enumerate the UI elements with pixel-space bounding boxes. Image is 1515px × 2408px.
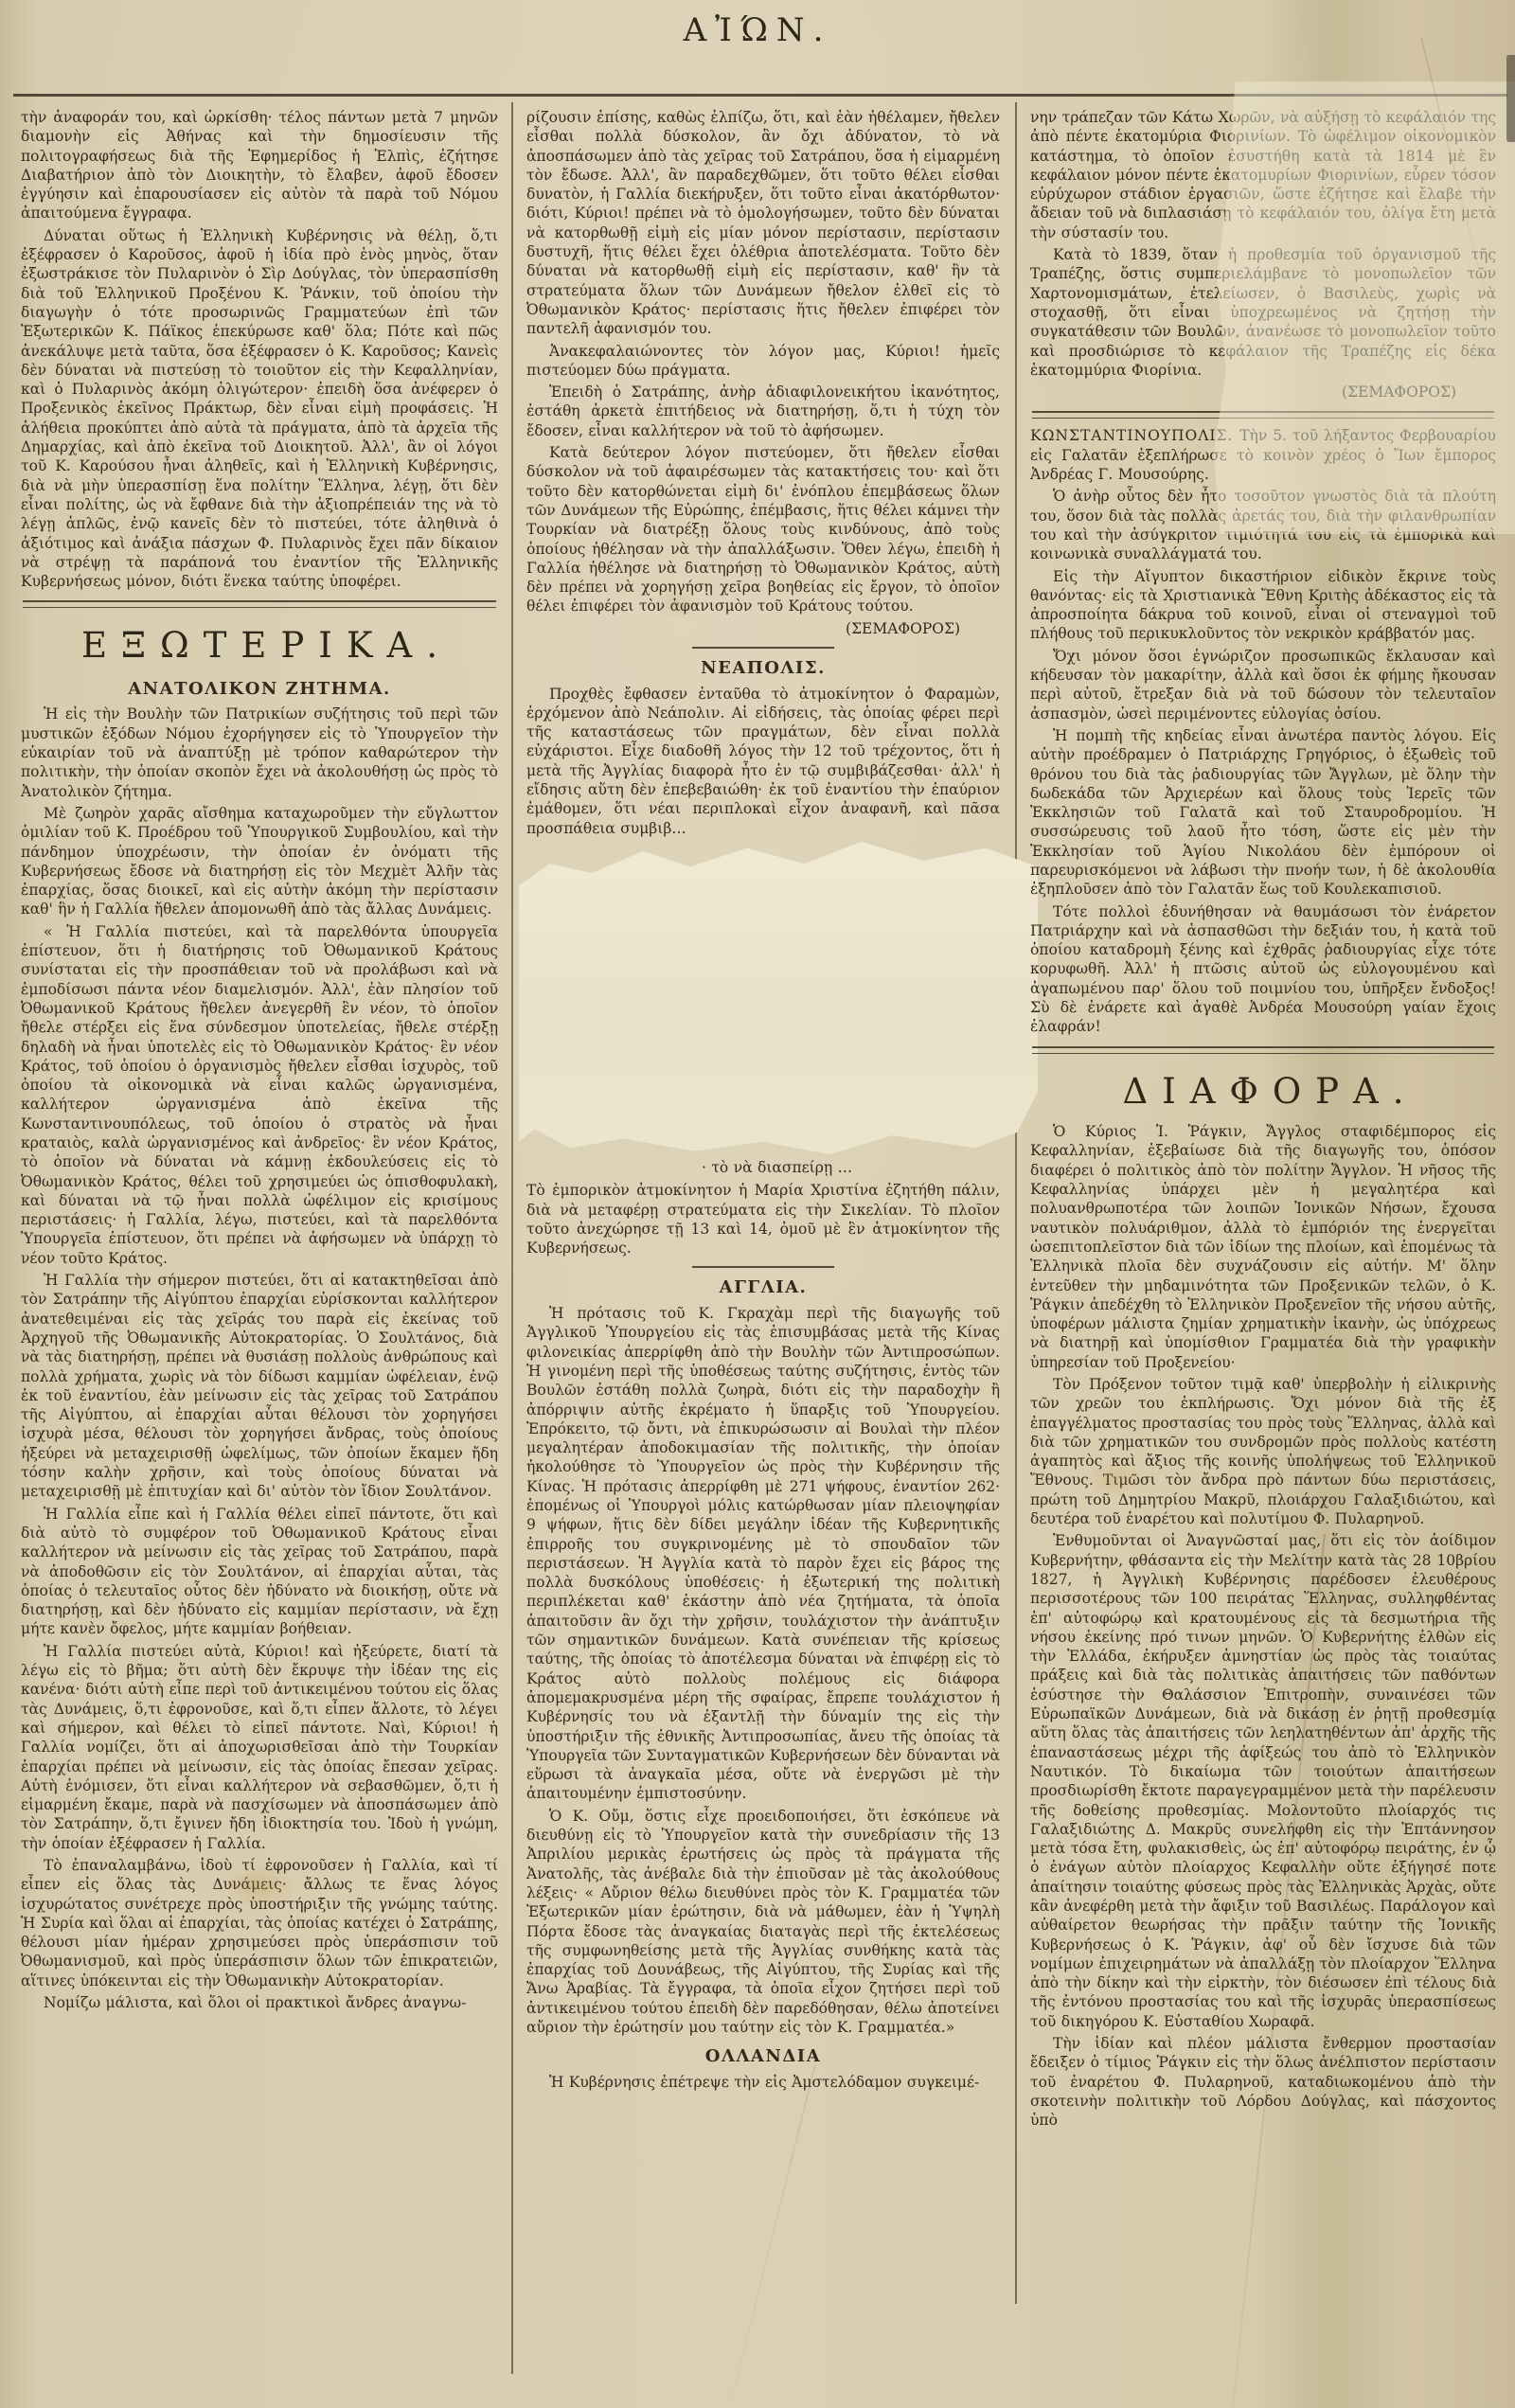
news-paragraph: νην τράπεζαν τῶν Κάτω Χωρῶν, νὰ αὐξήσῃ τ…	[1030, 108, 1496, 242]
news-paragraph: « Ἡ Γαλλία πιστεύει, καὶ τὰ παρελθόντα ὑ…	[21, 922, 498, 1268]
news-paragraph: Τὴν ἰδίαν καὶ πλέον μάλιστα ἔνθερμον προ…	[1030, 2034, 1496, 2130]
double-rule	[1032, 1046, 1494, 1054]
news-paragraph: Δύναται οὕτως ἡ Ἑλληνικὴ Κυβέρνησις νὰ θ…	[21, 226, 498, 592]
news-paragraph: Ἡ Γαλλία εἶπε καὶ ἡ Γαλλία θέλει εἰπεῖ π…	[21, 1505, 498, 1639]
section-heading: ΔΙΑΦΟΡΑ.	[1030, 1069, 1496, 1115]
news-paragraph: Ὄχι μόνον ὅσοι ἐγνώριζον προσωπικῶς ἔκλα…	[1030, 647, 1496, 723]
news-paragraph: Ὁ Κ. Οὔμ, ὅστις εἶχε προειδοποιήσει, ὅτι…	[526, 1807, 1000, 2038]
news-paragraph: Ἡ Κυβέρνησις ἐπέτρεψε τὴν εἰς Ἀμστελόδαμ…	[526, 2073, 1000, 2092]
column-divider-left	[511, 102, 513, 2374]
paper-crease	[730, 2064, 816, 2404]
news-paragraph: Ἀνακεφαλαιώνοντες τὸν λόγον μας, Κύριοι!…	[526, 342, 1000, 381]
short-rule	[692, 1266, 834, 1268]
news-paragraph: Ὁ Κύριος Ἰ. Ῥάγκιν, Ἄγγλος σταφιδέμπορος…	[1030, 1122, 1496, 1372]
subsection-heading: ΑΝΑΤΟΛΙΚΟΝ ΖΗΤΗΜΑ.	[21, 678, 498, 701]
column-2: ρίζουσιν ἐπίσης, καθὼς ἐλπίζω, ὅτι, καὶ …	[526, 108, 1000, 2095]
source-byline: (ΣΕΜΑΦΟΡΟΣ)	[526, 619, 1000, 638]
news-paragraph: Ἡ εἰς τὴν Βουλὴν τῶν Πατρικίων συζήτησις…	[21, 705, 498, 800]
news-paragraph: Εἰς τὴν Αἴγυπτον δικαστήριον εἰδικὸν ἔκρ…	[1030, 567, 1496, 644]
news-paragraph: Ἐπειδὴ ὁ Σατράπης, ἀνὴρ ἀδιαφιλονεικήτου…	[526, 383, 1000, 440]
news-paragraph: ρίζουσιν ἐπίσης, καθὼς ἐλπίζω, ὅτι, καὶ …	[526, 108, 1000, 339]
double-rule	[1032, 411, 1494, 419]
news-paragraph: Τὸν Πρόξενον τοῦτον τιμᾷ καθ' ὑπερβολὴν …	[1030, 1375, 1496, 1528]
dateline-city: ΚΩΝΣΤΑΝΤΙΝΟΥΠΟΛΙΣ.	[1030, 427, 1239, 444]
news-paragraph: Κατὰ δεύτερον λόγον πιστεύομεν, ὅτι ἤθελ…	[526, 443, 1000, 616]
subsection-heading: ΑΓΓΛΙΑ.	[526, 1276, 1000, 1299]
news-paragraph: Ὁ ἀνὴρ οὗτος δὲν ἦτο τοσοῦτον γνωστὸς δι…	[1030, 487, 1496, 563]
ink-blot	[1506, 55, 1515, 142]
news-paragraph: Ἡ Γαλλία πιστεύει αὐτὰ, Κύριοι! καὶ ἠξεύ…	[21, 1642, 498, 1853]
masthead-title: ΑἸΏΝ.	[0, 11, 1515, 49]
column-1: τὴν ἀναφοράν του, καὶ ὡρκίσθη· τέλος πάν…	[21, 108, 498, 2015]
news-paragraph: Ἡ πρότασις τοῦ Κ. Γκραχὰμ περὶ τῆς διαγω…	[526, 1304, 1000, 1804]
torn-line-fragment: · τὸ νὰ διασπείρῃ …	[526, 1158, 1000, 1177]
news-paragraph: Τὸ ἐπαναλαμβάνω, ἰδοὺ τί ἐφρονοῦσεν ἡ Γα…	[21, 1856, 498, 1990]
source-byline: (ΣΕΜΑΦΟΡΟΣ)	[1030, 383, 1496, 401]
double-rule	[23, 600, 496, 608]
torn-paper-surface	[519, 842, 1038, 1154]
newspaper-page: ΑἸΏΝ. τὴν ἀναφοράν του, καὶ ὡρκίσθη· τέλ…	[0, 0, 1515, 2408]
torn-paper-patch	[519, 842, 1017, 1154]
news-paragraph: Κατὰ τὸ 1839, ὅταν ἡ προθεσμία τοῦ ὀργαν…	[1030, 245, 1496, 380]
column-divider-right	[1015, 102, 1017, 2304]
news-paragraph: Ἡ Γαλλία τὴν σήμερον πιστεύει, ὅτι αἱ κα…	[21, 1271, 498, 1502]
news-paragraph: Νομίζω μάλιστα, καὶ ὅλοι οἱ πρακτικοὶ ἄν…	[21, 1993, 498, 2012]
masthead-rule	[13, 94, 1507, 97]
section-heading: ΕΞΩΤΕΡΙΚΑ.	[21, 623, 498, 669]
subsection-heading: ΝΕΑΠΟΛΙΣ.	[526, 657, 1000, 680]
subsection-heading: ΟΛΛΑΝΔΙΑ	[526, 2045, 1000, 2068]
news-paragraph: Μὲ ζωηρὸν χαρᾶς αἴσθημα καταχωροῦμεν τὴν…	[21, 804, 498, 919]
column-3: νην τράπεζαν τῶν Κάτω Χωρῶν, νὰ αὐξήσῃ τ…	[1030, 108, 1496, 2133]
news-paragraph: Ἐνθυμοῦνται οἱ Ἀναγνῶσταί μας, ὅτι εἰς τ…	[1030, 1531, 1496, 2031]
short-rule	[692, 647, 834, 649]
news-paragraph: τὴν ἀναφοράν του, καὶ ὡρκίσθη· τέλος πάν…	[21, 108, 498, 223]
news-paragraph: Τὸ ἐμπορικὸν ἀτμοκίνητον ἡ Μαρία Χριστίν…	[526, 1181, 1000, 1258]
news-paragraph: Τότε πολλοὶ ἐδυνήθησαν νὰ θαυμάσωσι τὸν …	[1030, 902, 1496, 1037]
news-paragraph: Ἡ πομπὴ τῆς κηδείας εἶναι ἀνωτέρα παντὸς…	[1030, 726, 1496, 900]
dateline-paragraph: ΚΩΝΣΤΑΝΤΙΝΟΥΠΟΛΙΣ. Τὴν 5. τοῦ λήξαντος Φ…	[1030, 426, 1496, 484]
news-paragraph: Προχθὲς ἔφθασεν ἐνταῦθα τὸ ἀτμοκίνητον ὁ…	[526, 685, 1000, 838]
